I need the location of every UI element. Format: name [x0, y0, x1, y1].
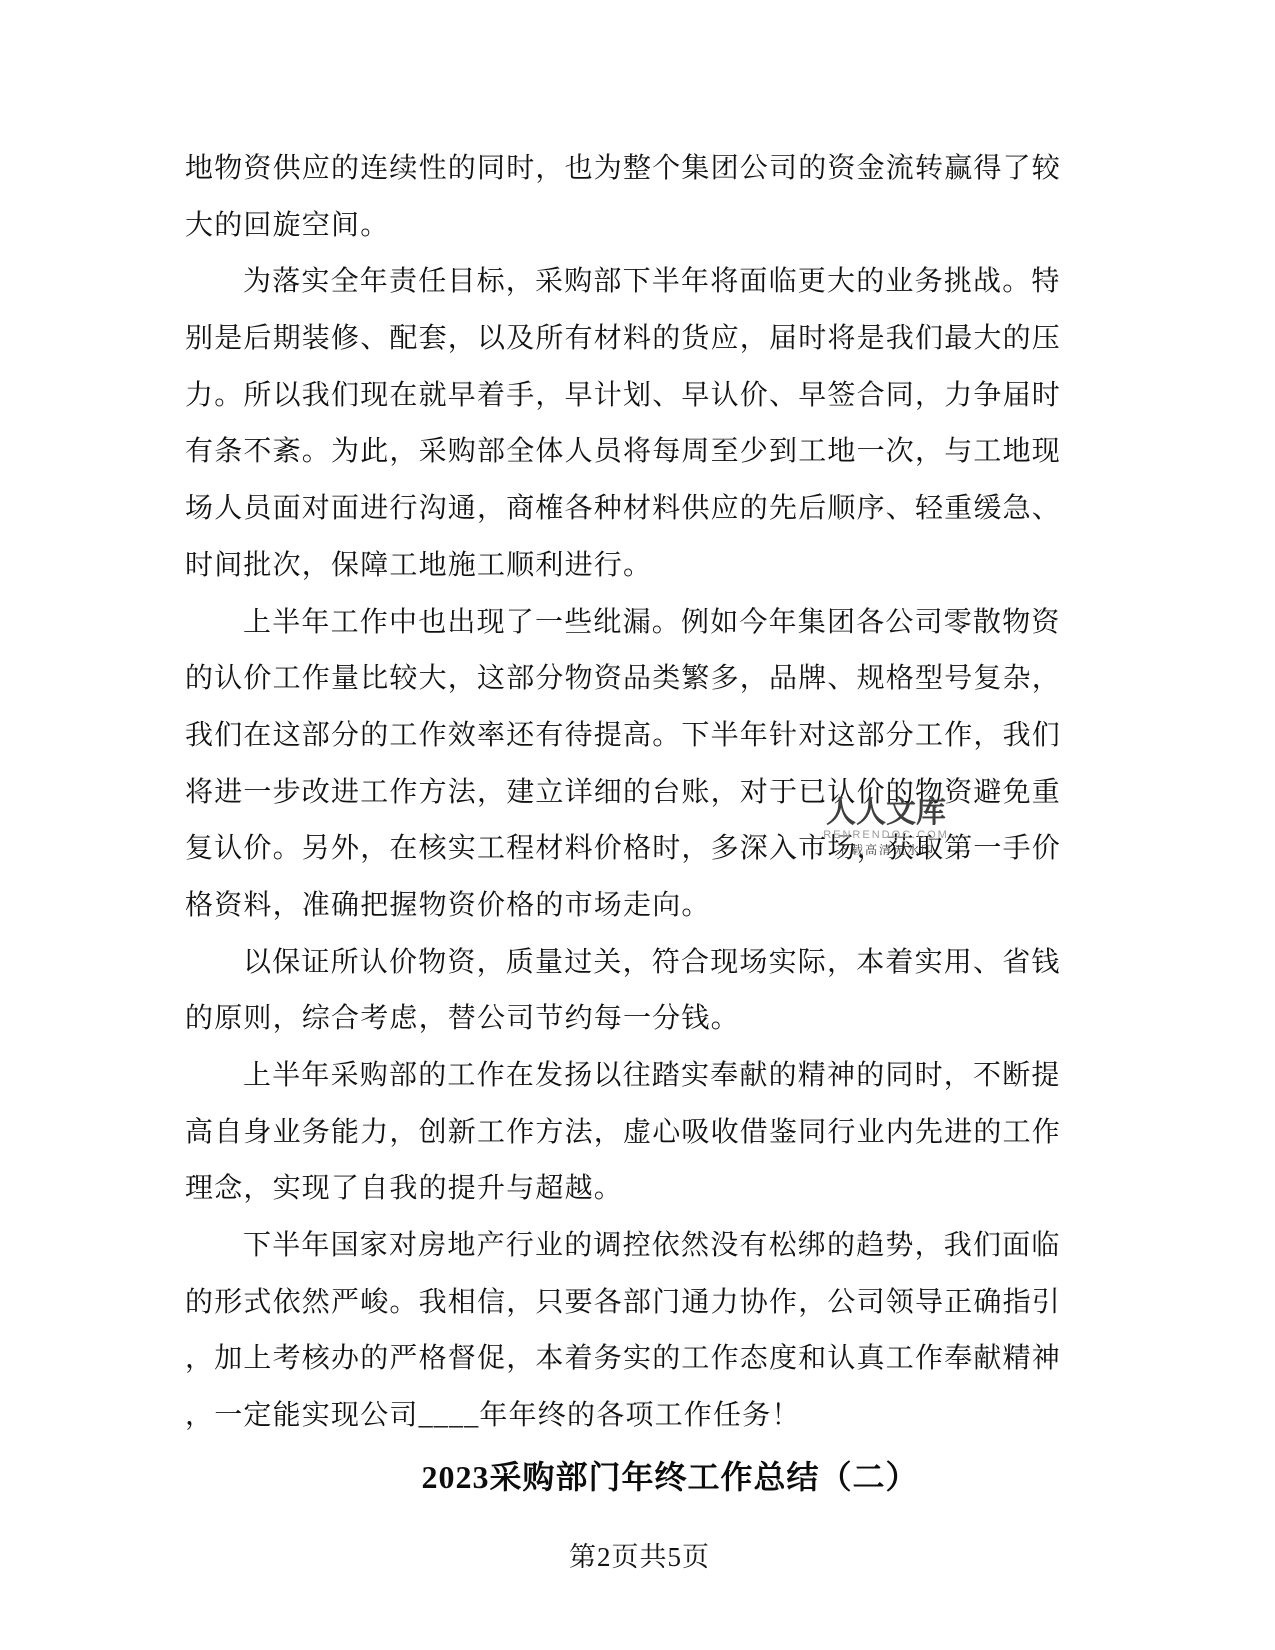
body-text-line: 高自身业务能力，创新工作方法，虚心吸收借鉴同行业内先进的工作 [185, 1105, 1070, 1162]
body-text-line: 将进一步改进工作方法，建立详细的台账，对于已认价的物资避免重 [185, 765, 1070, 822]
body-text-line: 场人员面对面进行沟通，商榷各种材料供应的先后顺序、轻重缓急、 [185, 481, 1070, 538]
body-text-line: ，一定能实现公司____年年终的各项工作任务！ [185, 1388, 1070, 1445]
body-text-line: 以保证所认价物资，质量过关，符合现场实际，本着实用、省钱 [185, 935, 1070, 992]
body-text-line: 下半年国家对房地产行业的调控依然没有松绑的趋势，我们面临 [185, 1218, 1070, 1275]
body-text-line: 为落实全年责任目标，采购部下半年将面临更大的业务挑战。特 [185, 254, 1070, 311]
body-text-line: 大的回旋空间。 [185, 198, 1070, 255]
body-text-line: 的认价工作量比较大，这部分物资品类繁多，品牌、规格型号复杂， [185, 651, 1070, 708]
body-text-line: 有条不紊。为此，采购部全体人员将每周至少到工地一次，与工地现 [185, 424, 1070, 481]
body-text-line: 格资料，准确把握物资价格的市场走向。 [185, 878, 1070, 935]
body-text-line: 我们在这部分的工作效率还有待提高。下半年针对这部分工作，我们 [185, 708, 1070, 765]
body-text-line: 的形式依然严峻。我相信，只要各部门通力协作，公司领导正确指引 [185, 1275, 1070, 1332]
body-text-line: 地物资供应的连续性的同时，也为整个集团公司的资金流转赢得了较 [185, 141, 1070, 198]
body-text: 地物资供应的连续性的同时，也为整个集团公司的资金流转赢得了较大的回旋空间。为落实… [185, 141, 1070, 1445]
body-text-line: 别是后期装修、配套，以及所有材料的货应，届时将是我们最大的压 [185, 311, 1070, 368]
body-text-line: 理念，实现了自我的提升与超越。 [185, 1161, 1070, 1218]
body-text-line: 上半年工作中也出现了一些纰漏。例如今年集团各公司零散物资 [185, 595, 1070, 652]
body-text-line: 复认价。另外，在核实工程材料价格时，多深入市场，获取第一手价 [185, 821, 1070, 878]
body-text-line: ，加上考核办的严格督促，本着务实的工作态度和认真工作奉献精神 [185, 1331, 1070, 1388]
body-text-line: 力。所以我们现在就早着手，早计划、早认价、早签合同，力争届时 [185, 368, 1070, 425]
body-text-line: 时间批次，保障工地施工顺利进行。 [185, 538, 1070, 595]
document-page: 地物资供应的连续性的同时，也为整个集团公司的资金流转赢得了较大的回旋空间。为落实… [0, 0, 1275, 1650]
body-text-line: 上半年采购部的工作在发扬以往踏实奉献的精神的同时，不断提 [185, 1048, 1070, 1105]
page-number: 第2页共5页 [2, 1542, 1275, 1572]
section-heading: 2023采购部门年终工作总结（二） [65, 1457, 1275, 1497]
body-text-line: 的原则，综合考虑，替公司节约每一分钱。 [185, 991, 1070, 1048]
